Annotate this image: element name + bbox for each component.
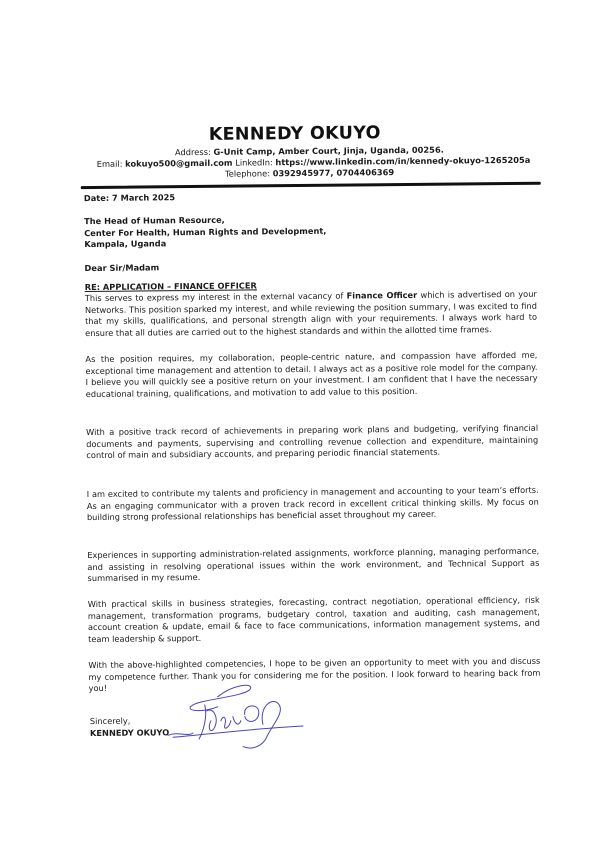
recipient-address: The Head of Human Resource, Center For H…	[84, 212, 536, 251]
paragraph-3: With a positive track record of achievem…	[86, 423, 538, 462]
telephone-value: 0392945977, 0704406369	[273, 167, 395, 178]
linkedin-label: LinkedIn:	[233, 157, 276, 167]
paragraph-2: As the position requires, my collaborati…	[85, 350, 537, 401]
letter-page: KENNEDY OKUYO Address: G-Unit Camp, Ambe…	[0, 0, 595, 842]
email-value[interactable]: kokuyo500@gmail.com	[125, 158, 233, 169]
letter-date: Date: 7 March 2025	[84, 189, 536, 205]
signature-icon	[162, 676, 313, 757]
header-divider	[81, 182, 541, 189]
position-title: Finance Officer	[347, 290, 418, 301]
address-label: Address:	[175, 147, 214, 157]
paragraph-text: This serves to express my interest in th…	[85, 291, 347, 304]
paragraph-1: This serves to express my interest in th…	[85, 289, 537, 340]
paragraph-4: I am excited to contribute my talents an…	[87, 485, 539, 524]
paragraph-7: With the above-highlighted competencies,…	[88, 656, 540, 695]
email-label: Email:	[97, 159, 126, 169]
subject-text: RE: APPLICATION – FINANCE OFFICER	[85, 280, 257, 292]
paragraph-6: With practical skills in business strate…	[88, 595, 540, 646]
paragraph-5: Experiences in supporting administration…	[87, 546, 539, 585]
salutation: Dear Sir/Madam	[84, 259, 536, 275]
telephone-label: Telephone:	[225, 168, 273, 178]
